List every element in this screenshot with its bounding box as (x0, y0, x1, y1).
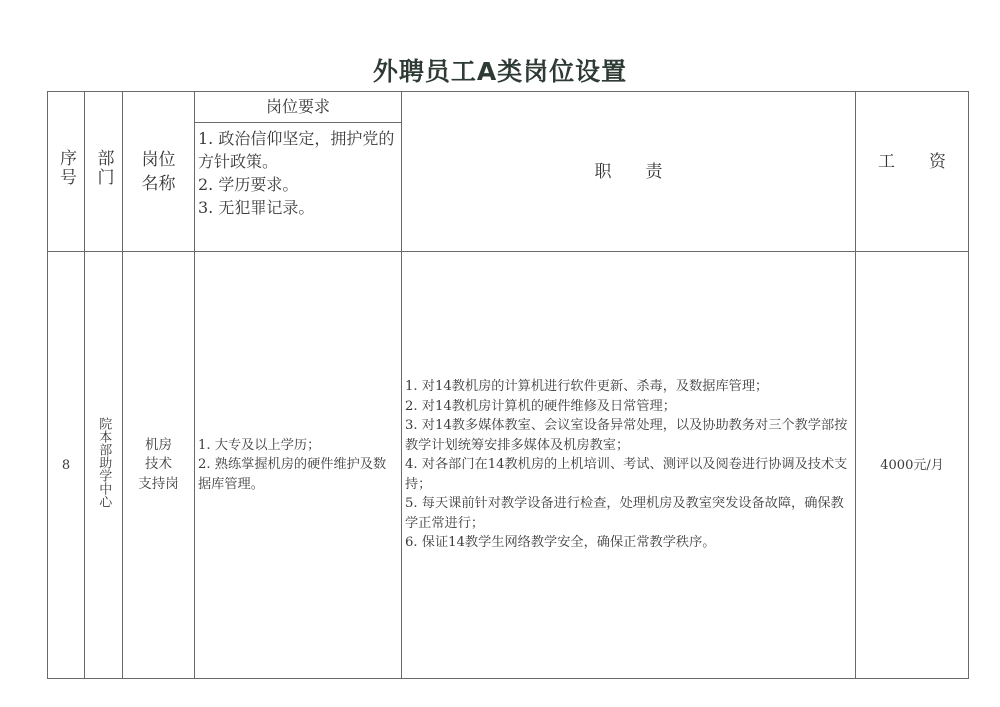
header-seq: 序号 (48, 92, 85, 252)
table-row: 8 院本部助学中心 机房 技术 支持岗 1. 大专及以上学历； 2. 熟练掌握机… (48, 252, 969, 679)
duty-item: 5. 每天课前针对教学设备进行检查，处理机房及教室突发设备故障，确保教学正常进行… (405, 494, 853, 533)
duty-item: 2. 对14教机房计算机的硬件维修及日常管理； (405, 397, 853, 417)
header-dept: 部门 (85, 92, 123, 252)
header-salary: 工 资 (856, 92, 969, 252)
header-duties: 职 责 (402, 92, 856, 252)
position-line: 支持岗 (123, 475, 194, 495)
document-title: 外聘员工A类岗位设置 (0, 52, 1000, 88)
general-requirement: 1. 政治信仰坚定，拥护党的方针政策。 (198, 127, 398, 173)
duty-item: 4. 对各部门在14教机房的上机培训、考试、测评以及阅卷进行协调及技术支持； (405, 455, 853, 494)
header-position-label: 岗位名称 (139, 148, 179, 196)
general-requirement: 2. 学历要求。 (198, 173, 398, 196)
cell-dept: 院本部助学中心 (85, 252, 123, 679)
cell-seq: 8 (48, 252, 85, 679)
header-row: 序号 部门 岗位名称 岗位要求 职 责 工 资 (48, 92, 969, 123)
header-requirements-title: 岗位要求 (195, 92, 402, 123)
cell-salary: 4000元/月 (856, 252, 969, 679)
duty-item: 1. 对14教机房的计算机进行软件更新、杀毒，及数据库管理； (405, 377, 853, 397)
header-position: 岗位名称 (123, 92, 195, 252)
duty-item: 3. 对14教多媒体教室、会议室设备异常处理，以及协助教务对三个教学部按教学计划… (405, 416, 853, 455)
position-line: 机房 (123, 436, 194, 456)
cell-position: 机房 技术 支持岗 (123, 252, 195, 679)
cell-requirements: 1. 大专及以上学历； 2. 熟练掌握机房的硬件维护及数据库管理。 (195, 252, 402, 679)
cell-duties: 1. 对14教机房的计算机进行软件更新、杀毒，及数据库管理； 2. 对14教机房… (402, 252, 856, 679)
duty-item: 6. 保证14教学生网络教学安全，确保正常教学秩序。 (405, 533, 853, 553)
requirement-item: 2. 熟练掌握机房的硬件维护及数据库管理。 (198, 455, 398, 494)
header-dept-label: 部门 (92, 149, 116, 187)
requirement-item: 1. 大专及以上学历； (198, 436, 398, 456)
header-requirements-general: 1. 政治信仰坚定，拥护党的方针政策。 2. 学历要求。 3. 无犯罪记录。 (195, 123, 402, 252)
cell-dept-label: 院本部助学中心 (94, 417, 114, 508)
positions-table: 序号 部门 岗位名称 岗位要求 职 责 工 资 1. 政治信仰坚定，拥护党的方针… (47, 91, 969, 679)
header-seq-label: 序号 (54, 149, 78, 187)
general-requirement: 3. 无犯罪记录。 (198, 196, 398, 219)
position-line: 技术 (123, 455, 194, 475)
